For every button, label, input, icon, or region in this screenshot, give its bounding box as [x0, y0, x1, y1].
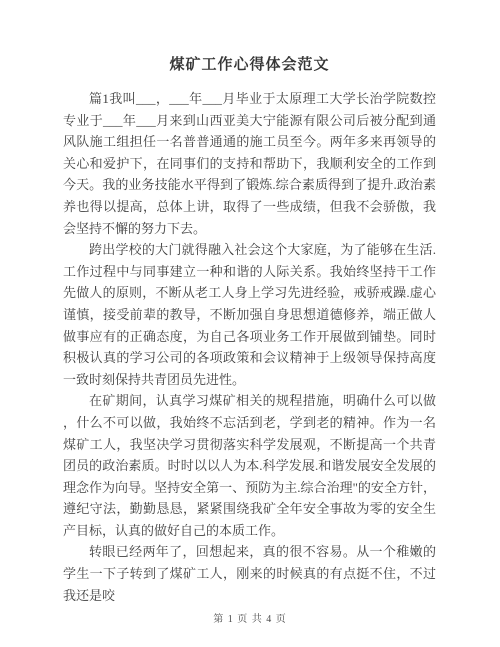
paragraph-2: 跨出学校的大门就得融入社会这个大家庭，为了能够在生活.工作过程中与同事建立一种和… [63, 239, 436, 390]
paragraph-4: 转眼已经两年了，回想起来，真的很不容易。从一个稚嫩的学生一下子转到了煤矿工人，刚… [63, 541, 436, 606]
page-footer: 第 1 页 共 4 页 [0, 610, 500, 625]
document-title: 煤矿工作心得体会范文 [63, 54, 436, 76]
document-body: 篇1我叫___，___年___月毕业于太原理工大学长治学院数控专业于___年__… [63, 88, 436, 606]
page-number-label: 第 1 页 共 4 页 [213, 614, 287, 625]
paragraph-1: 篇1我叫___，___年___月毕业于太原理工大学长治学院数控专业于___年__… [63, 88, 436, 239]
paragraph-3: 在矿期间，认真学习煤矿相关的规程措施，明确什么可以做，什么不可以做，我始终不忘活… [63, 390, 436, 541]
document-page: 煤矿工作心得体会范文 篇1我叫___，___年___月毕业于太原理工大学长治学院… [0, 0, 500, 647]
